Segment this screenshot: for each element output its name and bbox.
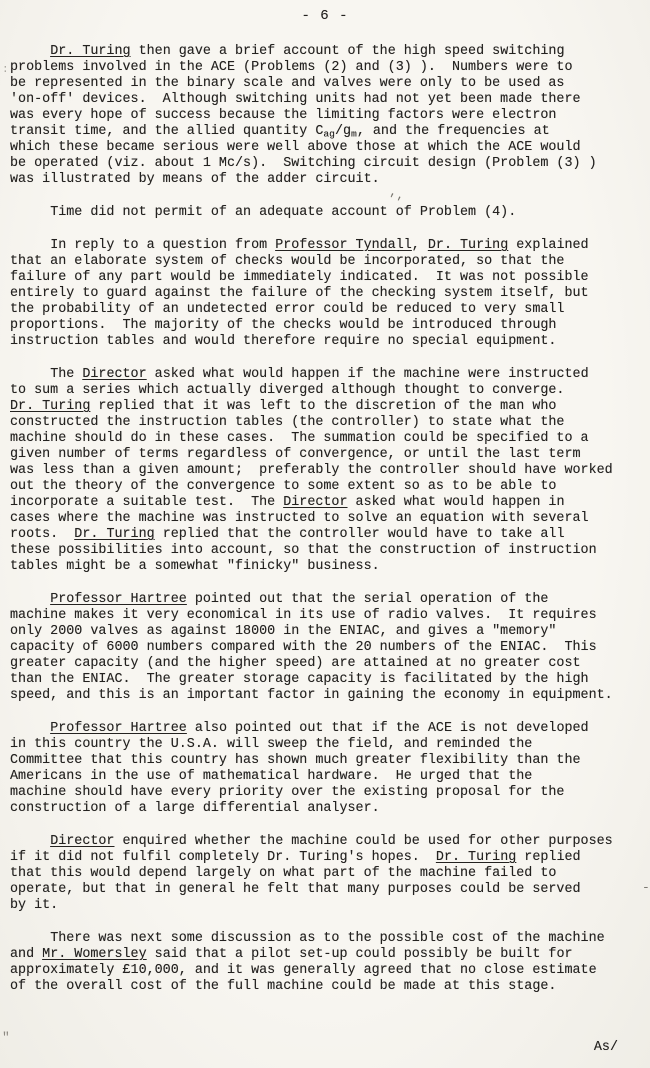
- document-body: Dr. Turing then gave a brief account of …: [0, 24, 650, 995]
- paragraph: Professor Hartree also pointed out that …: [10, 721, 630, 817]
- underlined-name: Dr. Turing: [10, 399, 90, 414]
- underlined-name: Dr. Turing: [436, 850, 516, 865]
- text-run: pointed out that the serial operation of…: [10, 592, 613, 703]
- text-run: [10, 44, 50, 59]
- subscript: ag: [323, 129, 335, 140]
- paragraph: Time did not permit of an adequate accou…: [10, 205, 630, 221]
- scan-artifact: ": [2, 1030, 10, 1045]
- paragraph: Professor Hartree pointed out that the s…: [10, 592, 630, 704]
- text-run: [10, 834, 50, 849]
- underlined-name: Director: [50, 834, 114, 849]
- catchword: As/: [594, 1040, 618, 1055]
- text-run: In reply to a question from: [10, 238, 275, 253]
- document-page: - 6 - Dr. Turing then gave a brief accou…: [0, 0, 650, 1068]
- paragraph: Director enquired whether the machine co…: [10, 834, 630, 914]
- underlined-name: Dr. Turing: [74, 527, 154, 542]
- underlined-name: Director: [283, 495, 347, 510]
- paragraph: Dr. Turing then gave a brief account of …: [10, 44, 630, 188]
- underlined-name: Director: [82, 367, 146, 382]
- text-run: replied that it was left to the discreti…: [10, 399, 613, 510]
- paragraph: The Director asked what would happen if …: [10, 367, 630, 575]
- paragraph: In reply to a question from Professor Ty…: [10, 238, 630, 350]
- underlined-name: Professor Hartree: [50, 721, 187, 736]
- text-run: ,: [412, 238, 428, 253]
- underlined-name: Mr. Womersley: [42, 947, 146, 962]
- underlined-name: Professor Hartree: [50, 592, 187, 607]
- paragraph: There was next some discussion as to the…: [10, 931, 630, 995]
- underlined-name: Dr. Turing: [50, 44, 130, 59]
- page-number: - 6 -: [0, 0, 650, 24]
- text-run: [10, 592, 50, 607]
- text-run: Time did not permit of an adequate accou…: [10, 205, 516, 220]
- text-run: explained that an elaborate system of ch…: [10, 238, 589, 349]
- text-run: /g: [335, 124, 351, 139]
- text-run: The: [10, 367, 82, 382]
- text-run: [10, 721, 50, 736]
- underlined-name: Professor Tyndall: [275, 238, 412, 253]
- underlined-name: Dr. Turing: [428, 238, 508, 253]
